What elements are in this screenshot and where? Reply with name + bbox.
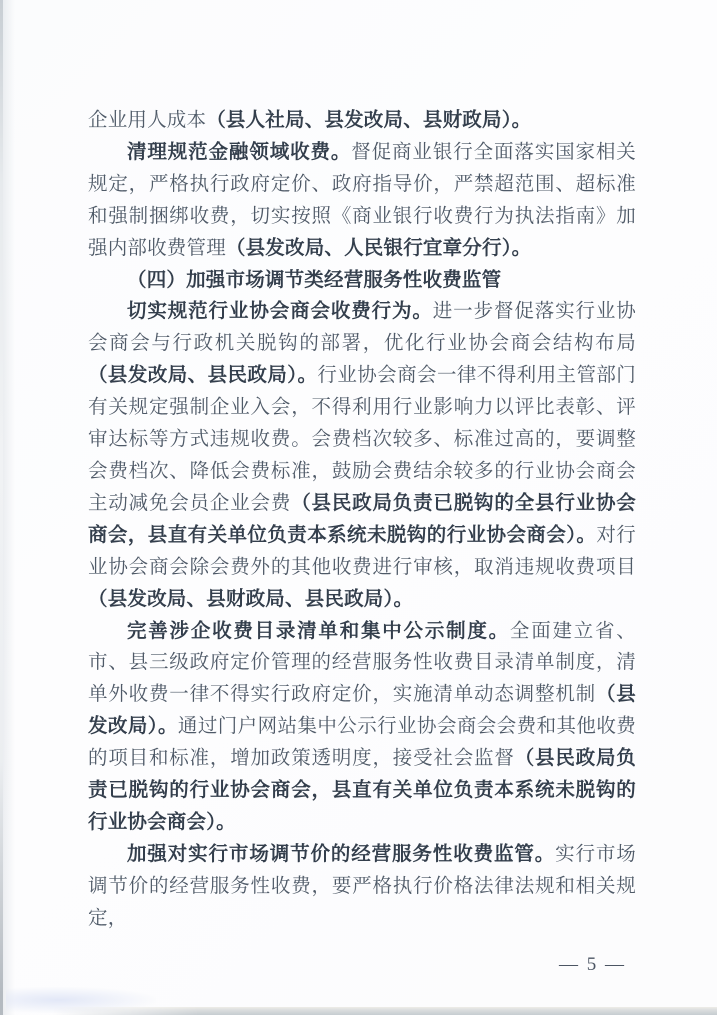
section-heading-four: （四）加强市场调节类经营服务性收费监管 <box>88 265 636 297</box>
paragraph-fee-catalog: 完善涉企收费目录清单和集中公示制度。全面建立省、市、县三级政府定价管理的经营服务… <box>88 616 636 839</box>
responsible-units-annotation: （县人社局、县发改局、县财政局）。 <box>206 110 531 131</box>
paragraph-market-priced-fees: 加强对实行市场调节价的经营服务性收费监管。实行市场调节价的经营服务性收费，要严格… <box>88 839 636 935</box>
paragraph-continuation: 企业用人成本（县人社局、县发改局、县财政局）。 <box>88 105 636 137</box>
text-run: 行业协会商会一律不得利用主管部门有关规定强制企业入会，不得利用行业影响力以评比表… <box>88 365 636 514</box>
scan-bottom-edge-strip <box>52 1007 717 1015</box>
paragraph-lead-bold: 清理规范金融领域收费。 <box>127 142 351 163</box>
scan-left-soft-band <box>3 0 15 1015</box>
responsible-units-annotation: （县发改局、县民政局）。 <box>88 365 317 386</box>
page-number: — 5 — <box>88 949 636 981</box>
paragraph-lead-bold: 完善涉企收费目录清单和集中公示制度。 <box>127 621 510 642</box>
responsible-units-annotation: （县发改局、县财政局、县民政局）。 <box>88 589 413 610</box>
paragraph-lead-bold: 加强对实行市场调节价的经营服务性收费监管。 <box>127 844 555 865</box>
paragraph-association-fees: 切实规范行业协会商会收费行为。进一步督促落实行业协会商会与行政机关脱钩的部署，优… <box>88 296 636 615</box>
paragraph-lead-bold: 切实规范行业协会商会收费行为。 <box>127 301 433 322</box>
section-heading-text: （四）加强市场调节类经营服务性收费监管 <box>127 270 501 291</box>
page-body-text: 企业用人成本（县人社局、县发改局、县财政局）。 清理规范金融领域收费。督促商业银… <box>88 105 636 980</box>
document-page: 企业用人成本（县人社局、县发改局、县财政局）。 清理规范金融领域收费。督促商业银… <box>0 0 717 1015</box>
responsible-units-annotation: （县发改局、人民银行宜章分行）。 <box>226 238 531 259</box>
text-run: 企业用人成本 <box>88 110 206 131</box>
paragraph-finance-fees: 清理规范金融领域收费。督促商业银行全面落实国家相关规定，严格执行政府定价、政府指… <box>88 137 636 265</box>
